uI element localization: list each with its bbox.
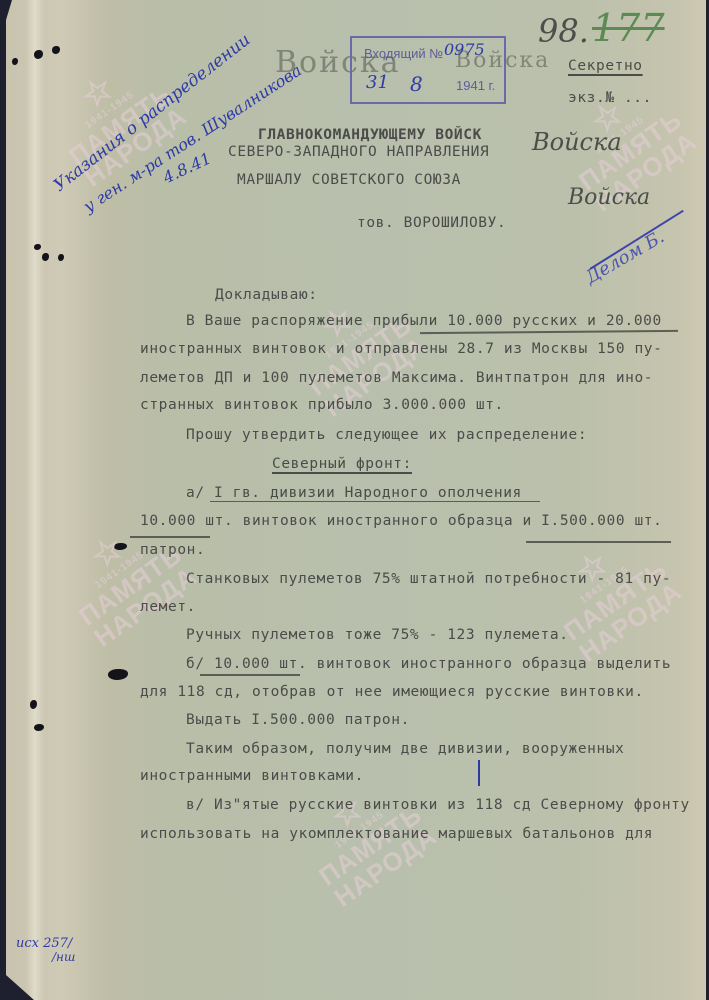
incoming-year: 1941 г.: [456, 78, 495, 93]
body-line: Таким образом, получим две дивизии, воор…: [186, 741, 625, 757]
body-line: Станковых пулеметов 75% штатной потребно…: [186, 571, 671, 587]
body-line: леметов ДП и 100 пулеметов Максима. Винт…: [140, 370, 653, 386]
body-line: Выдать I.500.000 патрон.: [186, 712, 410, 728]
punch-hole: [108, 669, 128, 680]
body-line: 10.000 шт. винтовок иностранного образца…: [140, 513, 662, 529]
pen-underline: [200, 674, 300, 676]
incoming-registration-stamp: Входящий № 0975 31 8 1941 г.: [350, 36, 506, 104]
body-line: Ручных пулеметов тоже 75% - 123 пулемета…: [186, 627, 569, 643]
incoming-month: 8: [410, 72, 423, 96]
secrecy-label: Секретно: [568, 58, 643, 74]
archive-number: 98.: [538, 12, 589, 50]
address-line-3: МАРШАЛУ СОВЕТСКОГО СОЮЗА: [237, 172, 461, 188]
paper-fold: [26, 0, 44, 1000]
outgoing-ref-line-2: /нш: [52, 950, 75, 964]
punch-hole: [42, 253, 49, 261]
outgoing-ref-line-1: исх 257/: [16, 936, 72, 951]
pen-mark: [478, 760, 480, 786]
body-line: В Ваше распоряжение прибыли 10.000 русск…: [186, 313, 662, 329]
archive-number-crossed: 177: [592, 6, 665, 50]
body-line: патрон.: [140, 542, 205, 558]
body-line: для 118 сд, отобрав от нее имеющиеся рус…: [140, 684, 644, 700]
copy-number: экз.№ ...: [568, 90, 652, 106]
body-line: б/ 10.000 шт. винтовок иностранного обра…: [186, 656, 671, 672]
troops-pencil-2: Войска: [568, 185, 650, 210]
body-line: странных винтовок прибыло 3.000.000 шт.: [140, 397, 504, 413]
body-line: использовать на укомплектование маршевых…: [140, 826, 653, 842]
incoming-day: 31: [366, 72, 389, 93]
incoming-label: Входящий №: [364, 46, 443, 61]
punch-hole: [12, 58, 18, 65]
body-line: в/ Из"ятые русские винтовки из 118 сд Се…: [186, 797, 690, 813]
punch-hole: [58, 254, 64, 261]
body-line: иностранными винтовками.: [140, 768, 364, 784]
body-line: а/ I гв. дивизии Народного ополчения: [186, 485, 522, 501]
punch-hole: [52, 46, 60, 54]
body-line: лемет.: [140, 599, 196, 615]
incoming-number: 0975: [444, 40, 485, 59]
pen-underline: [526, 541, 671, 543]
section-heading: Северный фронт:: [272, 456, 412, 472]
body-line: Прошу утвердить следующее их распределен…: [186, 427, 587, 443]
address-line-1: ГЛАВНОКОМАНДУЮЩЕМУ ВОЙСК: [258, 127, 482, 143]
address-line-4: тов. ВОРОШИЛОВУ.: [357, 215, 506, 231]
troops-pencil-1: Войска: [532, 128, 622, 156]
pen-underline: [130, 536, 210, 538]
body-line: иностранных винтовок и отправлены 28.7 и…: [140, 341, 662, 357]
body-line: Докладываю:: [215, 287, 318, 303]
address-line-2: СЕВЕРО-ЗАПАДНОГО НАПРАВЛЕНИЯ: [228, 144, 489, 160]
pen-underline: [210, 501, 540, 502]
